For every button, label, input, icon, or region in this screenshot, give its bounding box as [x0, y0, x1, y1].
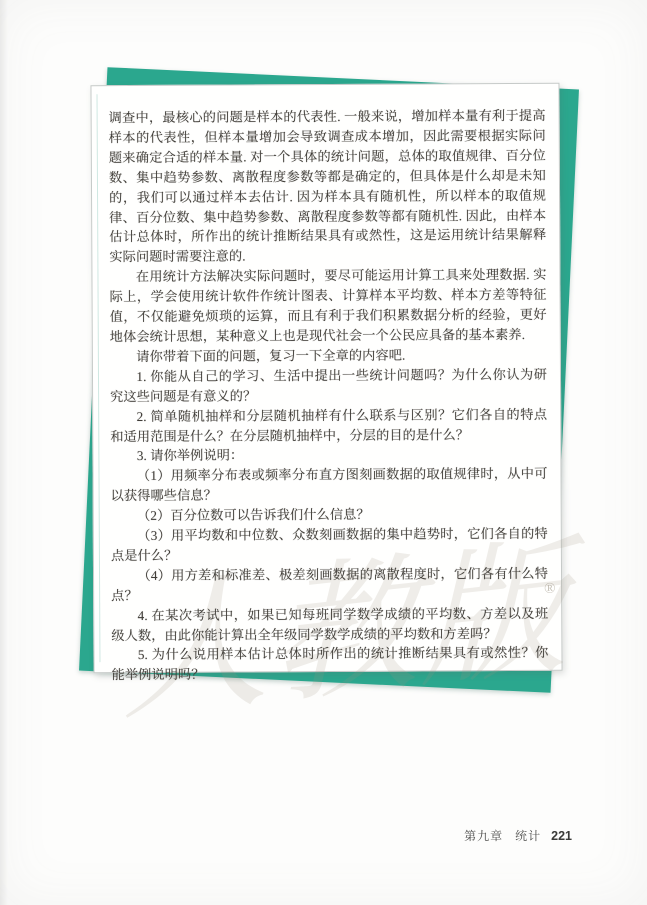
paragraph-sample-representativeness: 调查中，最核心的问题是样本的代表性. 一般来说，增加样本量有利于提高样本的代表性… — [109, 106, 547, 268]
paragraph-statistical-software: 在用统计方法解决实际问题时，要尽可能运用计算工具来处理数据. 实际上，学会使用统… — [109, 265, 546, 347]
paragraph-review-intro: 请你带着下面的问题，复习一下全章的内容吧. — [110, 345, 547, 367]
textbook-page-scan: 人教版 ® 调查中，最核心的问题是样本的代表性. 一般来说，增加样本量有利于提高… — [0, 0, 647, 905]
footer-chapter: 第九章 — [464, 829, 503, 843]
question-5: 5. 为什么说用样本估计总体时所作出的统计推断结果具有或然性？你能举例说明吗？ — [111, 643, 548, 685]
question-4: 4. 在某次考试中，如果已知每班同学数学成绩的平均数、方差以及班级人数，由此你能… — [111, 603, 548, 645]
footer-section-title: 统计 — [515, 829, 541, 843]
page-body-text: 调查中，最核心的问题是样本的代表性. 一般来说，增加样本量有利于提高样本的代表性… — [109, 106, 549, 686]
question-1: 1. 你能从自己的学习、生活中提出一些统计问题吗？为什么你认为研究这些问题是有意… — [110, 365, 547, 407]
question-3-item-1: （1）用频率分布表或频率分布直方图刻画数据的取值规律时，从中可以获得哪些信息？ — [110, 464, 547, 506]
textbook-page: 人教版 ® 调查中，最核心的问题是样本的代表性. 一般来说，增加样本量有利于提高… — [90, 83, 562, 673]
question-3-item-3: （3）用平均数和中位数、众数刻画数据的集中趋势时，它们各自的特点是什么？ — [111, 524, 548, 566]
question-3-item-4: （4）用方差和标准差、极差刻画数据的离散程度时，它们各有什么特点？ — [111, 564, 548, 606]
question-3-item-2: （2）百分位数可以告诉我们什么信息？ — [111, 504, 548, 526]
question-2: 2. 简单随机抽样和分层随机抽样有什么联系与区别？它们各自的特点和适用范围是什么… — [110, 404, 547, 446]
page-footer: 第九章统计221 — [464, 827, 572, 844]
footer-page-number: 221 — [551, 829, 572, 843]
question-3: 3. 请你举例说明： — [110, 444, 547, 466]
